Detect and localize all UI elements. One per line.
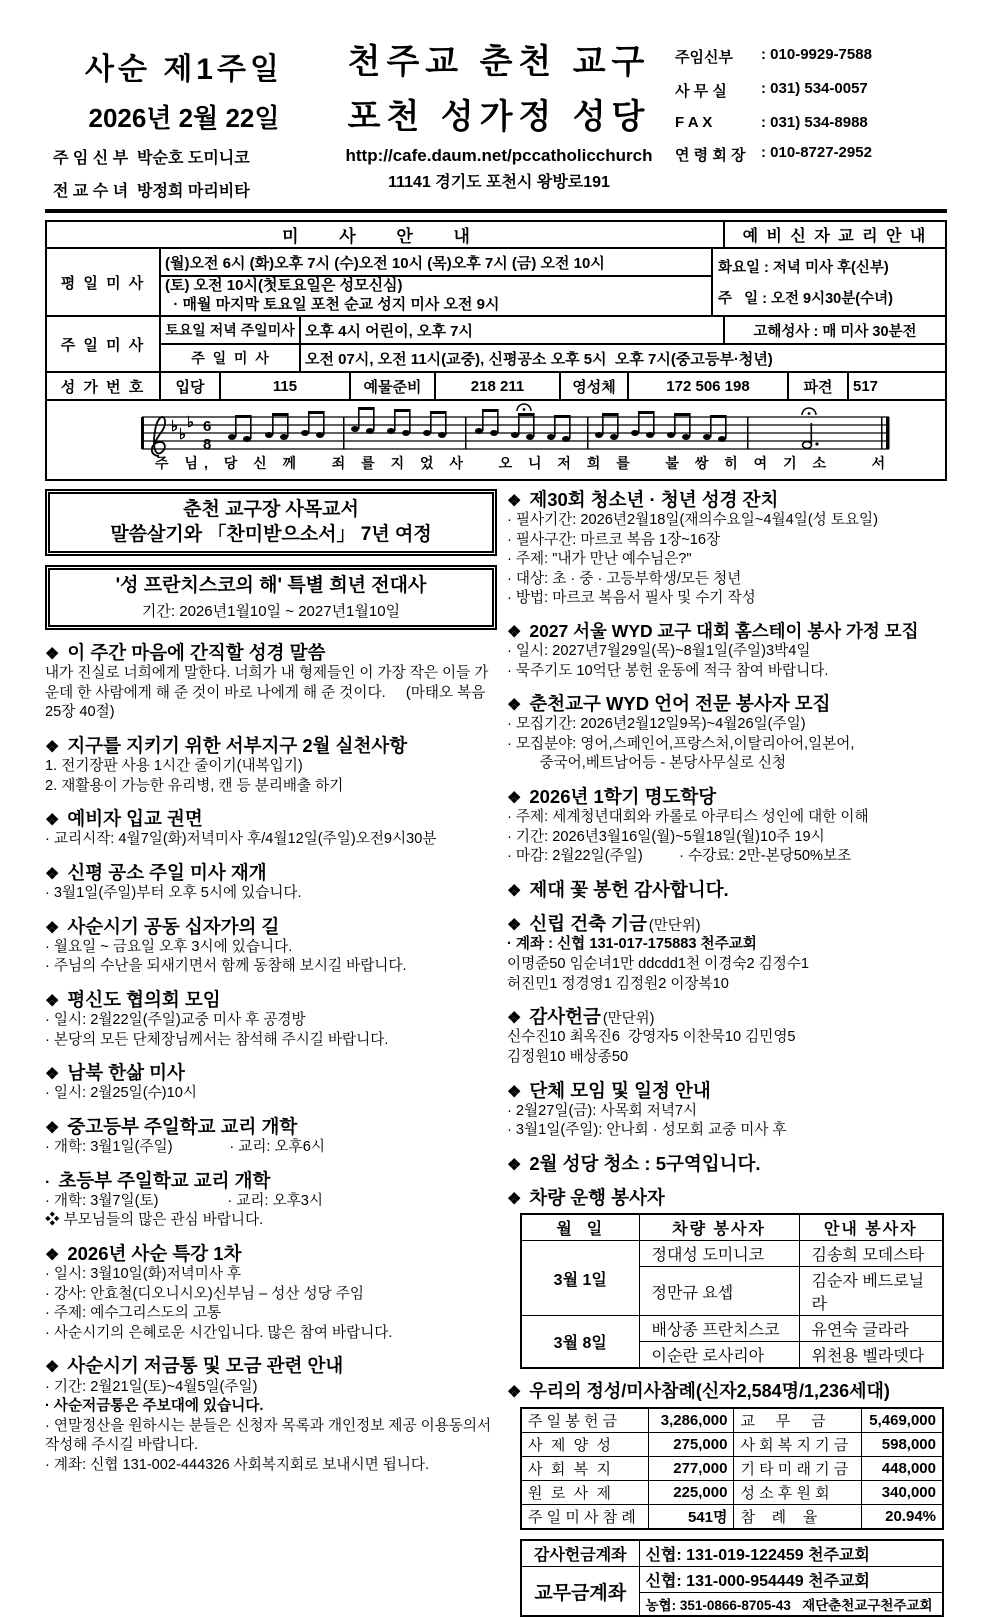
col-header-guide: 안내 봉사자 [799, 1214, 943, 1241]
section-unification-mass: ❖남북 한삶 미사 · 일시: 2월25일(수)10시 [45, 1062, 497, 1104]
verse-text: 내가 진실로 너희에게 말한다. 너희가 내 형제들인 이 가장 작은 이들 가… [45, 664, 497, 723]
treble-clef-icon [152, 417, 165, 456]
unit-note: (만단위) [649, 918, 701, 935]
line: · 개학: 3월7일(토) · 교리: 오후3시 [45, 1192, 497, 1212]
offering-label: 참 례 율 [734, 1504, 861, 1529]
jubilee-indulgence-box: '성 프란치스코의 해' 특별 희년 전대사 기간: 2026년1월10일 ~ … [45, 565, 497, 630]
section-lent-piggybank: ❖사순시기 저금통 및 모금 관련 안내 · 기간: 2월21일(토)~4월5일… [45, 1355, 497, 1475]
section-bullet-icon: ❖ [45, 1246, 59, 1265]
guide-cell: 김송희 모데스타 [799, 1241, 943, 1267]
offering-value: 5,469,000 [861, 1408, 943, 1433]
pastoral-letter-box: 춘천 교구장 사목교서 말씀살기와 「찬미받으소서」 7년 여정 [45, 489, 497, 556]
mass-info-title: 미 사 안 내 [47, 222, 723, 246]
contact-value: : 010-9929-7588 [761, 46, 872, 67]
offering-value: 541명 [648, 1504, 734, 1529]
right-column: ❖제30회 청소년 · 청년 성경 잔치 · 필사기간: 2026년2월18일(… [507, 489, 947, 1617]
communion-hymn-numbers: 172 506 198 [627, 373, 787, 399]
line: · 3월1일(주일): 안나회 · 성모회 교중 미사 후 [507, 1121, 947, 1141]
saturday-mass-line: (토) 오전 10시(첫토요일은 성모신심) [165, 277, 403, 296]
time-signature-8: 8 [203, 436, 211, 453]
line: · 일시: 2027년7월29일(목)~8월1일(주일)3박4일 [507, 642, 947, 662]
section-title: 신립 건축 기금 [529, 913, 647, 935]
saturday-vigil-times: 오후 4시 어린이, 오후 7시 [299, 317, 723, 343]
section-bullet-icon: ❖ [507, 623, 521, 642]
section-title: 중고등부 주일학교 교리 개학 [67, 1116, 297, 1138]
sunday-mass-sublabel: 주 일 미 사 [159, 345, 299, 371]
section-bullet-icon: ❖ [45, 992, 59, 1011]
offering-label: 원 로 사 제 [521, 1480, 648, 1504]
pastoral-letter-line1: 춘천 교구장 사목교서 [52, 498, 490, 523]
section-weekly-verse: ❖이 주간 마음에 간직할 성경 말씀 내가 진실로 너희에게 말한다. 너희가… [45, 642, 497, 723]
table-row: 사 제 양 성 275,000 사 회 복 지 기 금 598,000 [521, 1432, 943, 1456]
sunday-mass-times: 토요일 저녁 주일미사 오후 4시 어린이, 오후 7시 고해성사 : 매 미사… [159, 317, 945, 371]
section-bullet-icon: ❖ [507, 916, 521, 935]
offering-value: 20.94% [861, 1504, 943, 1529]
line: · 주제: 예수그리스도의 고통 [45, 1304, 497, 1324]
entrance-hymn-number: 115 [219, 373, 349, 399]
section-bullet-icon: ❖ [45, 865, 59, 884]
section-church-cleaning: ❖2월 성당 청소 : 5구역입니다. [507, 1153, 947, 1175]
offering-value: 225,000 [648, 1480, 734, 1504]
flat-sign: ♭ [187, 414, 194, 431]
communion-hymn-label: 영성체 [559, 373, 627, 399]
driver-cell: 이순란 로사리아 [639, 1342, 799, 1369]
line: · 3월1일(주일)부터 오후 5시에 있습니다. [45, 884, 497, 904]
line-bold: · 사순저금통은 주보대에 있습니다. [45, 1397, 497, 1417]
flat-sign: ♭ [179, 426, 186, 443]
unit-note: (만단위) [603, 1011, 655, 1028]
section-bullet-icon: ❖ [507, 882, 521, 901]
sunday-mass-times-line: 오전 07시, 오전 11시(교중), 신평공소 오후 5시 오후 7시(중고등… [299, 345, 945, 371]
section-bullet-icon: ❖ [507, 1009, 521, 1028]
section-title: 지구를 지키기 위한 서부지구 2월 실천사항 [67, 735, 407, 757]
section-bullet-icon: ❖ [45, 1358, 59, 1377]
section-bible-festival: ❖제30회 청소년 · 청년 성경 잔치 · 필사기간: 2026년2월18일(… [507, 489, 947, 609]
line: · 필사구간: 마르코 복음 1장~16장 [507, 531, 947, 551]
last-saturday-mass-line: · 매월 마지막 토요일 포천 순교 성지 미사 오전 9시 [165, 296, 500, 315]
saturday-vigil-label: 토요일 저녁 주일미사 [159, 317, 299, 343]
section-vehicle-volunteers: ❖차량 운행 봉사자 월 일 차량 봉사자 안내 봉사자 3월 1일 정대성 도… [507, 1187, 947, 1369]
vehicle-volunteer-table: 월 일 차량 봉사자 안내 봉사자 3월 1일 정대성 도미니코 김송희 모데스… [520, 1213, 944, 1369]
section-title: 예비자 입교 권면 [67, 808, 202, 830]
section-title: 2월 성당 청소 : 5구역입니다. [529, 1153, 760, 1175]
section-title: 2026년 1학기 명도학당 [529, 786, 716, 808]
line: · 모집기간: 2026년2월12일9목)~4월26일(주일) [507, 715, 947, 735]
line: · 주제: "내가 만난 예수님은?" [507, 550, 947, 570]
jubilee-title: '성 프란치스코의 해' 특별 희년 전대사 [52, 574, 490, 599]
offering-label: 사 회 복 지 기 금 [734, 1432, 861, 1456]
pastoral-letter-line2: 말씀살기와 「찬미받으소서」 7년 여정 [52, 523, 490, 548]
offering-label: 사 회 복 지 [521, 1456, 648, 1480]
section-title: 우리의 정성/미사참례(신자2,584명/1,236세대) [529, 1381, 890, 1403]
time-signature-6: 6 [203, 418, 211, 435]
section-bullet-icon: ❖ [507, 492, 521, 511]
line: · 본당의 모든 단체장님께서는 참석해 주시길 바랍니다. [45, 1031, 497, 1051]
line: · 기간: 2월21일(토)~4월5일(주일) [45, 1378, 497, 1398]
offering-label: 사 제 양 성 [521, 1432, 648, 1456]
section-bullet-icon: ❖ [507, 1083, 521, 1102]
offering-value: 598,000 [861, 1432, 943, 1456]
section-bullet-icon: ❖ [507, 696, 521, 715]
section-bullet-icon: ❖ [45, 1065, 59, 1084]
date-cell: 3월 8일 [521, 1316, 639, 1369]
driver-cell: 정대성 도미니코 [639, 1241, 799, 1267]
mass-schedule-table: 미 사 안 내 예 비 신 자 교 리 안 내 평 일 미 사 (월)오전 6시… [45, 220, 947, 481]
donor-line: 이명준50 임순녀1만 ddcdd1천 이경숙2 김정수1 [507, 955, 947, 975]
contact-value: : 031) 534-8988 [761, 114, 868, 131]
driver-cell: 정만규 요셉 [639, 1267, 799, 1316]
section-bullet-icon: ❖ [45, 645, 59, 664]
line: · 개학: 3월1일(주일) · 교리: 오후6시 [45, 1138, 497, 1158]
line: · 강사: 안효철(디오니시오)신부님 – 성산 성당 주임 [45, 1285, 497, 1305]
offertory-hymn-label: 예물준비 [349, 373, 434, 399]
table-row: 3월 8일 배상종 프란치스코 유연숙 글라라 [521, 1316, 943, 1342]
hymn-label: 성 가 번 호 [47, 373, 159, 399]
section-building-fund: ❖신립 건축 기금(만단위) · 계좌 : 신협 131-017-175883 … [507, 913, 947, 994]
contact-label: 주임신부 [675, 46, 761, 67]
entrance-hymn-label: 입당 [159, 373, 219, 399]
section-wyd-homestay: ❖2027 서울 WYD 교구 대회 홈스테이 봉사 가정 모집 · 일시: 2… [507, 621, 947, 681]
rcia-sunday-line: 주 일 : 오전 9시30분(수녀) [718, 287, 893, 308]
section-title: 2026년 사순 특강 1차 [67, 1243, 241, 1265]
offering-value: 277,000 [648, 1456, 734, 1480]
section-title: 사순시기 저금통 및 모금 관련 안내 [67, 1355, 343, 1377]
section-eco-practice: ❖지구를 지키기 위한 서부지구 2월 실천사항 1. 전기장판 사용 1시간 … [45, 735, 497, 796]
section-elementary-school: ·초등부 주일학교 교리 개학 · 개학: 3월7일(토) · 교리: 오후3시… [45, 1170, 497, 1231]
section-bullet-icon: ❖ [507, 1383, 521, 1402]
system-barline [141, 417, 144, 449]
section-catechumen-invite: ❖예비자 입교 권면 · 교리시작: 4월7일(화)저녁미사 후/4월12일(주… [45, 808, 497, 850]
weekday-times-line1: (월)오전 6시 (화)오후 7시 (수)오전 10시 (목)오후 7시 (금)… [159, 249, 711, 275]
line: · 마감: 2월22일(주일) · 수강료: 2만-본당50%보조 [507, 847, 947, 867]
section-thanks-offering: ❖감사헌금(만단위) 신수진10 최옥진6 강영자5 이찬묵10 김민영5 김정… [507, 1006, 947, 1067]
offering-value: 3,286,000 [648, 1408, 734, 1433]
table-row: 주 일 봉 헌 금 3,286,000 교 무 금 5,469,000 [521, 1408, 943, 1433]
weekday-mass-label: 평 일 미 사 [47, 249, 159, 315]
contact-pastor: 주임신부: 010-9929-7588 [675, 46, 947, 67]
line: 2. 재활용이 가능한 유리병, 캔 등 분리배출 하기 [45, 777, 497, 797]
line: · 방법: 마르코 복음서 필사 및 수기 작성 [507, 589, 947, 609]
sunday-masses-row: 주 일 미 사 오전 07시, 오전 11시(교중), 신평공소 오후 5시 오… [159, 343, 945, 371]
offering-label: 주 일 봉 헌 금 [521, 1408, 648, 1433]
section-bullet-icon: ❖ [507, 1190, 521, 1209]
recessional-hymn-label: 파견 [787, 373, 847, 399]
fund-account-line: · 계좌 : 신협 131-017-175883 천주교회 [507, 935, 947, 955]
line: · 묵주기도 10억단 봉헌 운동에 적극 참여 바랍니다. [507, 662, 947, 682]
header: 사순 제1주일 2026년 2월 22일 주 임 신 부 박순호 도미니코 전 … [45, 34, 947, 213]
donor-line: 신수진10 최옥진6 강영자5 이찬묵10 김민영5 [507, 1028, 947, 1048]
hymn-numbers-row: 성 가 번 호 입당 115 예물준비 218 211 영성체 172 506 … [47, 371, 945, 399]
section-lent-lecture: ❖2026년 사순 특강 1차 · 일시: 3월10일(화)저녁미사 후 · 강… [45, 1243, 497, 1343]
line: · 일시: 2월22일(주일)교중 미사 후 공경방 [45, 1011, 497, 1031]
sunday-mass-rowgroup: 주 일 미 사 토요일 저녁 주일미사 오후 4시 어린이, 오후 7시 고해성… [47, 315, 945, 371]
line: · 모집분야: 영어,스페인어,프랑스처,이탈리아어,일본어, [507, 735, 947, 755]
section-title: 신평 공소 주일 미사 재개 [67, 862, 266, 884]
section-title: 남북 한삶 미사 [67, 1062, 185, 1084]
left-column: 춘천 교구장 사목교서 말씀살기와 「찬미받으소서」 7년 여정 '성 프란치스… [45, 489, 497, 1617]
guide-cell: 김순자 베드로닐라 [799, 1267, 943, 1316]
section-title: 제대 꽃 봉헌 감사합니다. [529, 879, 728, 901]
section-title: 제30회 청소년 · 청년 성경 잔치 [529, 489, 778, 511]
dues-account-label: 교무금계좌 [521, 1566, 639, 1616]
section-group-meetings: ❖단체 모임 및 일정 안내 · 2월27일(금): 사목회 저녁7시 · 3월… [507, 1080, 947, 1141]
section-altar-flowers: ❖제대 꽃 봉헌 감사합니다. [507, 879, 947, 901]
section-stations-of-cross: ❖사순시기 공동 십자가의 길 · 월요일 ~ 금요일 오후 3시에 있습니다.… [45, 916, 497, 977]
section-myeongdo-academy: ❖2026년 1학기 명도학당 · 주제: 세계청년대회와 카롤로 아쿠티스 성… [507, 786, 947, 867]
section-sinpyeong-mass: ❖신평 공소 주일 미사 재개 · 3월1일(주일)부터 오후 5시에 있습니다… [45, 862, 497, 904]
section-bullet-icon: · [45, 1173, 50, 1192]
col-header-driver: 차량 봉사자 [639, 1214, 799, 1241]
section-lay-council: ❖평신도 협의회 모임 · 일시: 2월22일(주일)교중 미사 후 공경방 ·… [45, 989, 497, 1050]
contact-funeral: 연 령 회 장: 010-8727-2952 [675, 144, 947, 165]
contact-label: F A X [675, 114, 761, 131]
flat-sign: ♭ [171, 418, 178, 435]
section-title: 단체 모임 및 일정 안내 [529, 1080, 710, 1102]
section-title: 평신도 협의회 모임 [67, 989, 220, 1011]
line: · 교리시작: 4월7일(화)저녁미사 후/4월12일(주일)오전9시30분 [45, 830, 497, 850]
offering-value: 340,000 [861, 1480, 943, 1504]
guide-cell: 유연숙 글라라 [799, 1316, 943, 1342]
section-offerings: ❖우리의 정성/미사참례(신자2,584명/1,236세대) 주 일 봉 헌 금… [507, 1381, 947, 1617]
bulletin-page: 사순 제1주일 2026년 2월 22일 주 임 신 부 박순호 도미니코 전 … [45, 0, 947, 1617]
offering-value: 275,000 [648, 1432, 734, 1456]
line: · 대상: 초 · 중 · 고등부학생/모든 청년 [507, 570, 947, 590]
line: · 주제: 세계청년대회와 카롤로 아쿠티스 성인에 대한 이해 [507, 808, 947, 828]
driver-cell: 배상종 프란치스코 [639, 1316, 799, 1342]
rcia-title: 예 비 신 자 교 리 안 내 [723, 222, 945, 247]
offering-label: 성 소 후 원 회 [734, 1480, 861, 1504]
pastor-line: 주 임 신 부 박순호 도미니코 [45, 145, 323, 168]
section-wyd-language-volunteer: ❖춘천교구 WYD 언어 전문 봉사자 모집 · 모집기간: 2026년2월12… [507, 693, 947, 774]
weekday-mass-rowgroup: 평 일 미 사 (월)오전 6시 (화)오후 7시 (수)오전 10시 (목)오… [47, 247, 945, 315]
offering-value: 448,000 [861, 1456, 943, 1480]
line: · 일시: 2월25일(수)10시 [45, 1084, 497, 1104]
line: · 계좌: 신협 131-002-444326 사회복지회로 보내시면 됩니다. [45, 1456, 497, 1476]
line: · 연말정산을 원하시는 분들은 신청자 목록과 개인정보 제공 이용동의서 작… [45, 1417, 497, 1456]
sister-line: 전 교 수 녀 방정희 마리비타 [45, 178, 323, 201]
line: 중국어,베트남어등 - 본당사무실로 신청 [507, 754, 947, 774]
website-link[interactable]: http://cafe.daum.net/pccatholicchurch [323, 146, 675, 166]
section-title: 이 주간 마음에 간직할 성경 말씀 [67, 642, 325, 664]
section-bullet-icon: ❖ [45, 738, 59, 757]
col-header-date: 월 일 [521, 1214, 639, 1241]
saturday-vigil-row: 토요일 저녁 주일미사 오후 4시 어린이, 오후 7시 고해성사 : 매 미사… [159, 317, 945, 343]
line: · 월요일 ~ 금요일 오후 3시에 있습니다. [45, 938, 497, 958]
table-row: 주 일 미 사 참 례 541명 참 례 율 20.94% [521, 1504, 943, 1529]
weekday-times-line2: (토) 오전 10시(첫토요일은 성모신심) · 매월 마지막 토요일 포천 순… [159, 275, 711, 315]
dues-account-value1: 신협: 131-000-954449 천주교회 [639, 1566, 943, 1592]
guide-cell: 위천용 벨라뎃다 [799, 1342, 943, 1369]
week-title: 사순 제1주일 [45, 44, 323, 88]
table-row: 교무금계좌 신협: 131-000-954449 천주교회 [521, 1566, 943, 1592]
hymn-lyrics: 주 님, 당 신 께 죄 를 지 었 사 오 니 저 희 를 불 쌍 히 여 기… [155, 453, 891, 473]
offertory-hymn-numbers: 218 211 [434, 373, 559, 399]
line: · 2월27일(금): 사목회 저녁7시 [507, 1102, 947, 1122]
table-row: 사 회 복 지 277,000 기 타 미 래 기 금 448,000 [521, 1456, 943, 1480]
section-bullet-icon: ❖ [45, 1119, 59, 1138]
line: ❖ 부모님들의 많은 관심 바랍니다. [45, 1211, 497, 1231]
music-score-box: ♭ ♭ ♭ 6 8 [47, 399, 945, 479]
line: · 사순시기의 은혜로운 시간입니다. 많은 참여 바랍니다. [45, 1324, 497, 1344]
thanks-account-value: 신협: 131-019-122459 천주교회 [639, 1540, 943, 1567]
header-center: 천주교 춘천 교구 포천 성가정 성당 http://cafe.daum.net… [323, 34, 675, 201]
table-header-row: 월 일 차량 봉사자 안내 봉사자 [521, 1214, 943, 1241]
donor-line: 허진민1 정경영1 김정원2 이장복10 [507, 975, 947, 995]
section-title: 감사헌금 [529, 1006, 600, 1028]
thanks-account-label: 감사헌금계좌 [521, 1540, 639, 1567]
line: · 기간: 2026년3월16일(월)~5월18일(월)10주 19시 [507, 828, 947, 848]
date-cell: 3월 1일 [521, 1241, 639, 1316]
bulletin-date: 2026년 2월 22일 [45, 98, 323, 135]
section-bullet-icon: ❖ [507, 789, 521, 808]
section-bullet-icon: ❖ [45, 811, 59, 830]
line: · 일시: 3월10일(화)저녁미사 후 [45, 1265, 497, 1285]
section-middle-high-school: ❖중고등부 주일학교 교리 개학 · 개학: 3월1일(주일) · 교리: 오후… [45, 1116, 497, 1158]
rcia-schedule-cell: 화요일 : 저녁 미사 후(신부) 주 일 : 오전 9시30분(수녀) [711, 249, 945, 315]
jubilee-period: 기간: 2026년1월10일 ~ 2027년1월10일 [52, 600, 490, 621]
offering-label: 기 타 미 래 기 금 [734, 1456, 861, 1480]
line: · 필사기간: 2026년2월18일(재의수요일~4월4일(성 토요일) [507, 511, 947, 531]
parish-address: 11141 경기도 포천시 왕방로191 [323, 169, 675, 192]
line: 1. 전기장판 사용 1시간 줄이기(내복입기) [45, 757, 497, 777]
contact-label: 연 령 회 장 [675, 144, 761, 165]
contact-value: : 031) 534-0057 [761, 80, 868, 101]
weekday-mass-times: (월)오전 6시 (화)오후 7시 (수)오전 10시 (목)오후 7시 (금)… [159, 249, 711, 315]
donor-line: 김정원10 배상종50 [507, 1048, 947, 1068]
rcia-tuesday-line: 화요일 : 저녁 미사 후(신부) [718, 256, 889, 277]
section-title: 춘천교구 WYD 언어 전문 봉사자 모집 [529, 693, 830, 715]
section-title: 초등부 주일학교 교리 개학 [58, 1170, 270, 1192]
header-contacts: 주임신부: 010-9929-7588 사 무 실: 031) 534-0057… [675, 34, 947, 201]
section-bullet-icon: ❖ [507, 1156, 521, 1175]
table-row: 3월 1일 정대성 도미니코 김송희 모데스타 [521, 1241, 943, 1267]
table-row: 감사헌금계좌 신협: 131-019-122459 천주교회 [521, 1540, 943, 1567]
parish-title: 포천 성가정 성당 [323, 89, 675, 138]
contact-office: 사 무 실: 031) 534-0057 [675, 80, 947, 101]
section-title: 사순시기 공동 십자가의 길 [67, 916, 279, 938]
confession-info: 고해성사 : 매 미사 30분전 [723, 317, 945, 343]
offering-table: 주 일 봉 헌 금 3,286,000 교 무 금 5,469,000 사 제 … [520, 1407, 944, 1530]
recessional-hymn-number: 517 [847, 373, 945, 399]
contact-label: 사 무 실 [675, 80, 761, 101]
section-bullet-icon: ❖ [45, 919, 59, 938]
offering-label: 주 일 미 사 참 례 [521, 1504, 648, 1529]
sunday-mass-label: 주 일 미 사 [47, 317, 159, 371]
section-title: 차량 운행 봉사자 [529, 1187, 664, 1209]
table-row: 원 로 사 제 225,000 성 소 후 원 회 340,000 [521, 1480, 943, 1504]
header-left: 사순 제1주일 2026년 2월 22일 주 임 신 부 박순호 도미니코 전 … [45, 34, 323, 201]
dues-account-value2: 농협: 351-0866-8705-43 재단춘천교구천주교회 [639, 1592, 943, 1616]
contact-fax: F A X: 031) 534-8988 [675, 114, 947, 131]
diocese-title: 천주교 춘천 교구 [323, 34, 675, 83]
section-title: 2027 서울 WYD 교구 대회 홈스테이 봉사 가정 모집 [529, 621, 918, 642]
account-table: 감사헌금계좌 신협: 131-019-122459 천주교회 교무금계좌 신협:… [520, 1539, 944, 1617]
line: · 주님의 수난을 되새기면서 함께 동참해 보시길 바랍니다. [45, 957, 497, 977]
mass-table-header-row: 미 사 안 내 예 비 신 자 교 리 안 내 [47, 222, 945, 247]
offering-label: 교 무 금 [734, 1408, 861, 1433]
contact-value: : 010-8727-2952 [761, 144, 872, 165]
